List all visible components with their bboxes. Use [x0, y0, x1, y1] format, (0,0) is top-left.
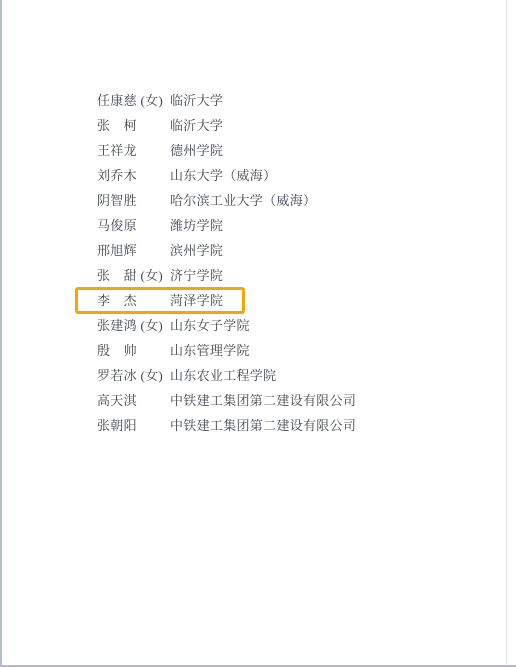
- document-page: 任康慈 (女)临沂大学张 柯临沂大学王祥龙德州学院刘乔木山东大学（威海）阴智胜哈…: [0, 0, 516, 667]
- list-row: 张 甜 (女)济宁学院: [97, 263, 356, 288]
- person-name: 邢旭辉: [97, 238, 170, 263]
- person-name: 王祥龙: [97, 138, 170, 163]
- person-name: 罗若冰 (女): [97, 363, 170, 388]
- list-row: 马俊原潍坊学院: [97, 213, 356, 238]
- institution-name: 临沂大学: [170, 88, 223, 113]
- person-name: 张 柯: [97, 113, 170, 138]
- institution-name: 临沂大学: [170, 113, 223, 138]
- list-row: 殷 帅山东管理学院: [97, 338, 356, 363]
- institution-name: 山东女子学院: [170, 313, 250, 338]
- page-right-border: [506, 0, 507, 667]
- list-row: 阴智胜哈尔滨工业大学（威海）: [97, 188, 356, 213]
- institution-name: 潍坊学院: [170, 213, 223, 238]
- institution-name: 中铁建工集团第二建设有限公司: [170, 413, 356, 438]
- name-list: 任康慈 (女)临沂大学张 柯临沂大学王祥龙德州学院刘乔木山东大学（威海）阴智胜哈…: [97, 88, 356, 438]
- institution-name: 中铁建工集团第二建设有限公司: [170, 388, 356, 413]
- list-row: 王祥龙德州学院: [97, 138, 356, 163]
- person-name: 殷 帅: [97, 338, 170, 363]
- institution-name: 济宁学院: [170, 263, 223, 288]
- list-row: 罗若冰 (女)山东农业工程学院: [97, 363, 356, 388]
- list-row: 张 柯临沂大学: [97, 113, 356, 138]
- person-name: 张 甜 (女): [97, 263, 170, 288]
- institution-name: 山东农业工程学院: [170, 363, 276, 388]
- institution-name: 山东管理学院: [170, 338, 250, 363]
- person-name: 张建鸿 (女): [97, 313, 170, 338]
- person-name: 李 杰: [97, 288, 170, 313]
- list-row: 任康慈 (女)临沂大学: [97, 88, 356, 113]
- person-name: 张朝阳: [97, 413, 170, 438]
- list-row: 张朝阳中铁建工集团第二建设有限公司: [97, 413, 356, 438]
- person-name: 阴智胜: [97, 188, 170, 213]
- page-left-border: [0, 0, 2, 667]
- institution-name: 哈尔滨工业大学（威海）: [170, 188, 316, 213]
- list-row: 张建鸿 (女)山东女子学院: [97, 313, 356, 338]
- institution-name: 德州学院: [170, 138, 223, 163]
- institution-name: 山东大学（威海）: [170, 163, 276, 188]
- institution-name: 菏泽学院: [170, 288, 223, 313]
- institution-name: 滨州学院: [170, 238, 223, 263]
- list-row: 李 杰菏泽学院: [97, 288, 356, 313]
- person-name: 任康慈 (女): [97, 88, 170, 113]
- person-name: 刘乔木: [97, 163, 170, 188]
- list-row: 邢旭辉滨州学院: [97, 238, 356, 263]
- person-name: 马俊原: [97, 213, 170, 238]
- person-name: 高天淇: [97, 388, 170, 413]
- list-row: 高天淇中铁建工集团第二建设有限公司: [97, 388, 356, 413]
- list-row: 刘乔木山东大学（威海）: [97, 163, 356, 188]
